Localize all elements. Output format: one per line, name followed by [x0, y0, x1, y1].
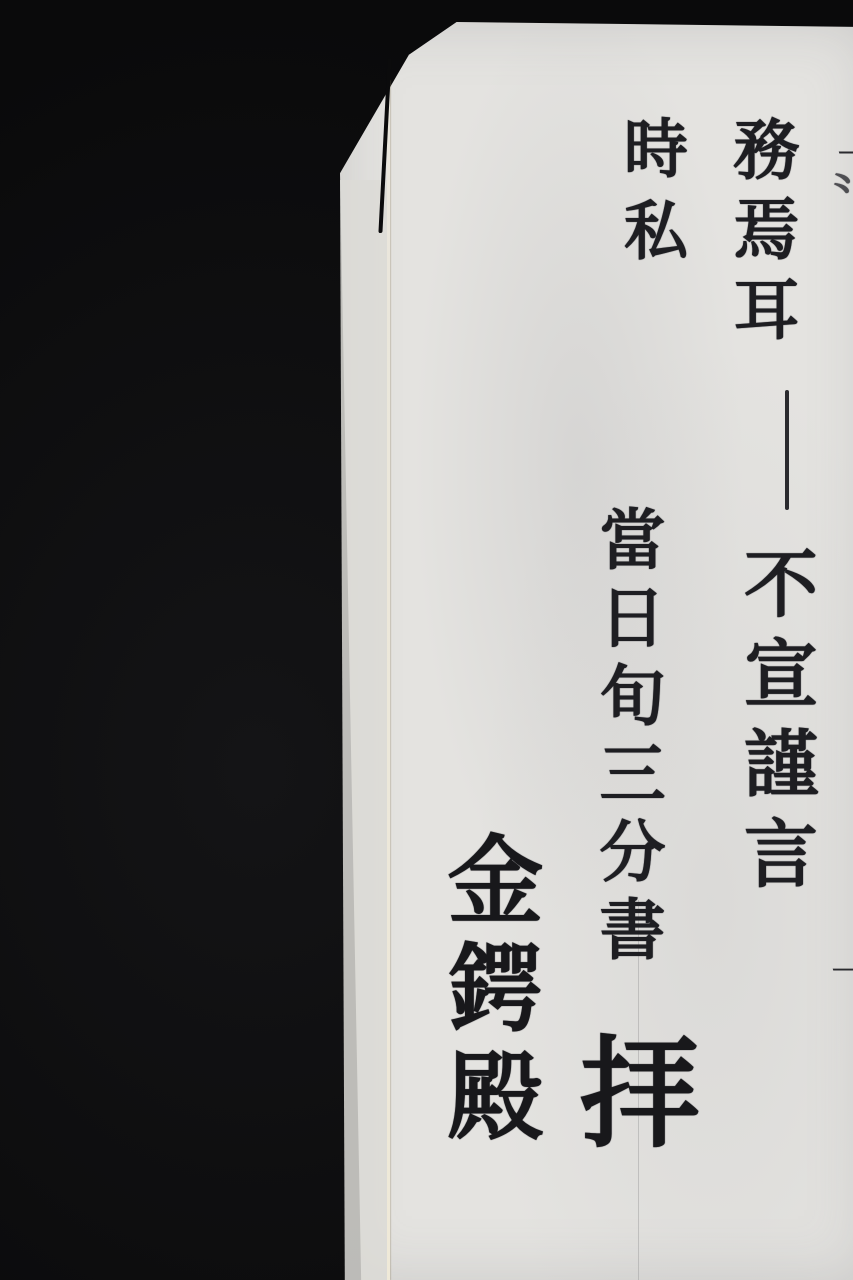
- folded-paper-flap: [340, 180, 388, 1280]
- edge-partial-stroke: 一: [838, 130, 853, 174]
- column-text-addressee: 金鍔殿: [440, 830, 536, 1154]
- column-connector-stroke: [785, 390, 789, 510]
- column-text-main-top: 務焉耳: [728, 115, 794, 355]
- edge-partial-stroke-2: 一: [832, 950, 853, 990]
- paper-fold-line: [387, 80, 390, 1280]
- column-text-signature-bow: 拝: [570, 1030, 690, 1156]
- column-text-time: 時私: [618, 115, 682, 279]
- column-text-date: 當日旬三分書: [594, 505, 660, 973]
- column-text-main-bottom: 不宣謹言: [738, 545, 812, 905]
- column-edge-fragment: ⺀: [820, 170, 853, 216]
